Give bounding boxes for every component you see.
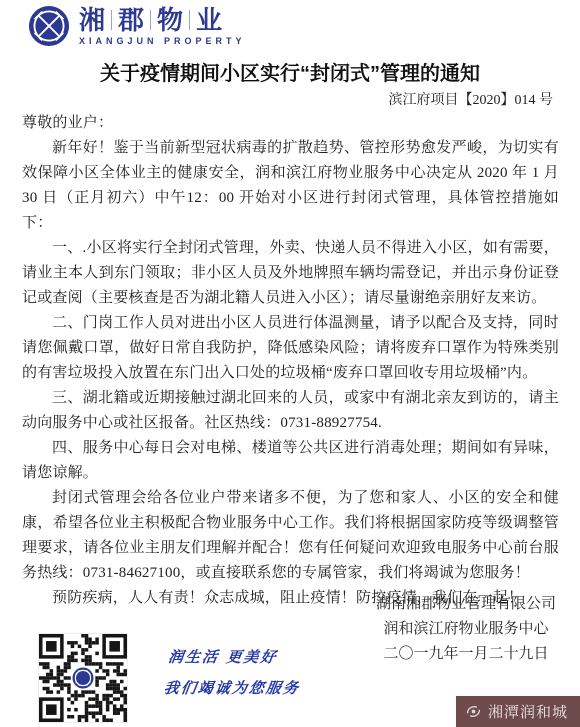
notice-body: 尊敬的业户： 新年好！鉴于当前新型冠状病毒的扩散趋势、管控形势愈发严峻，为切实有… — [22, 111, 559, 611]
brand-name: 湘郡物业 — [79, 7, 246, 33]
paragraph-rule-4: 四、服务中心每日会对电梯、楼道等公共区进行消毒处理；期间如有异味，请您谅解。 — [22, 436, 559, 486]
divider — [189, 10, 190, 30]
brand-text: 湘郡物业 XIANGJUN PROPERTY — [79, 7, 246, 46]
badge-label: 湘潭润和城 — [488, 701, 568, 722]
qr-center-logo-icon — [71, 666, 95, 690]
brand-name-en: XIANGJUN PROPERTY — [79, 36, 246, 46]
paragraph-closing: 封闭式管理会给各位业户带来诸多不便，为了您和家人、小区的安全和健康，希望各位业主… — [22, 486, 559, 586]
brand-slogan: 润生活 更美好 我们竭诚为您服务 — [162, 642, 307, 704]
doc-number: 滨江府项目【2020】014 号 — [389, 89, 554, 109]
signature-center: 润和滨江府物业服务中心 — [376, 617, 556, 642]
slogan-line-1: 润生活 更美好 — [166, 642, 306, 673]
salutation: 尊敬的业户： — [22, 111, 559, 136]
xiangjun-logo-icon — [28, 5, 70, 47]
brand-char: 物 — [157, 7, 183, 33]
notice-title: 关于疫情期间小区实行“封闭式”管理的通知 — [0, 57, 580, 86]
signature-block: 湖南湘郡物业管理有限公司 润和滨江府物业服务中心 二〇一九年一月二十九日 — [376, 592, 556, 667]
signature-company: 湖南湘郡物业管理有限公司 — [376, 592, 556, 617]
signature-date: 二〇一九年一月二十九日 — [376, 642, 556, 667]
wechat-qr-code — [38, 633, 128, 723]
runhe-city-icon — [465, 703, 482, 720]
paragraph-rule-1: 一、.小区将实行全封闭式管理，外卖、快递人员不得进入小区，如有需要，请业主本人到… — [22, 236, 559, 311]
brand-char: 郡 — [118, 7, 144, 33]
brand-header: 湘郡物业 XIANGJUN PROPERTY — [28, 5, 246, 47]
brand-char: 湘 — [79, 7, 105, 33]
runhe-city-badge: 湘潭润和城 — [456, 696, 580, 727]
paragraph-intro: 新年好！鉴于当前新型冠状病毒的扩散趋势、管控形势愈发严峻，为切实有效保障小区全体… — [22, 136, 559, 236]
divider — [111, 10, 112, 30]
notice-page: 湘郡物业 XIANGJUN PROPERTY 关于疫情期间小区实行“封闭式”管理… — [0, 0, 580, 727]
paragraph-rule-3: 三、湖北籍或近期接触过湖北回来的人员，或家中有湖北亲友到访的，请主动向服务中心或… — [22, 386, 559, 436]
divider — [150, 10, 151, 30]
slogan-line-2: 我们竭诚为您服务 — [162, 673, 302, 704]
brand-char: 业 — [196, 7, 222, 33]
paragraph-rule-2: 二、门岗工作人员对进出小区人员进行体温测量，请予以配合及支持，同时请您佩戴口罩，… — [22, 311, 559, 386]
